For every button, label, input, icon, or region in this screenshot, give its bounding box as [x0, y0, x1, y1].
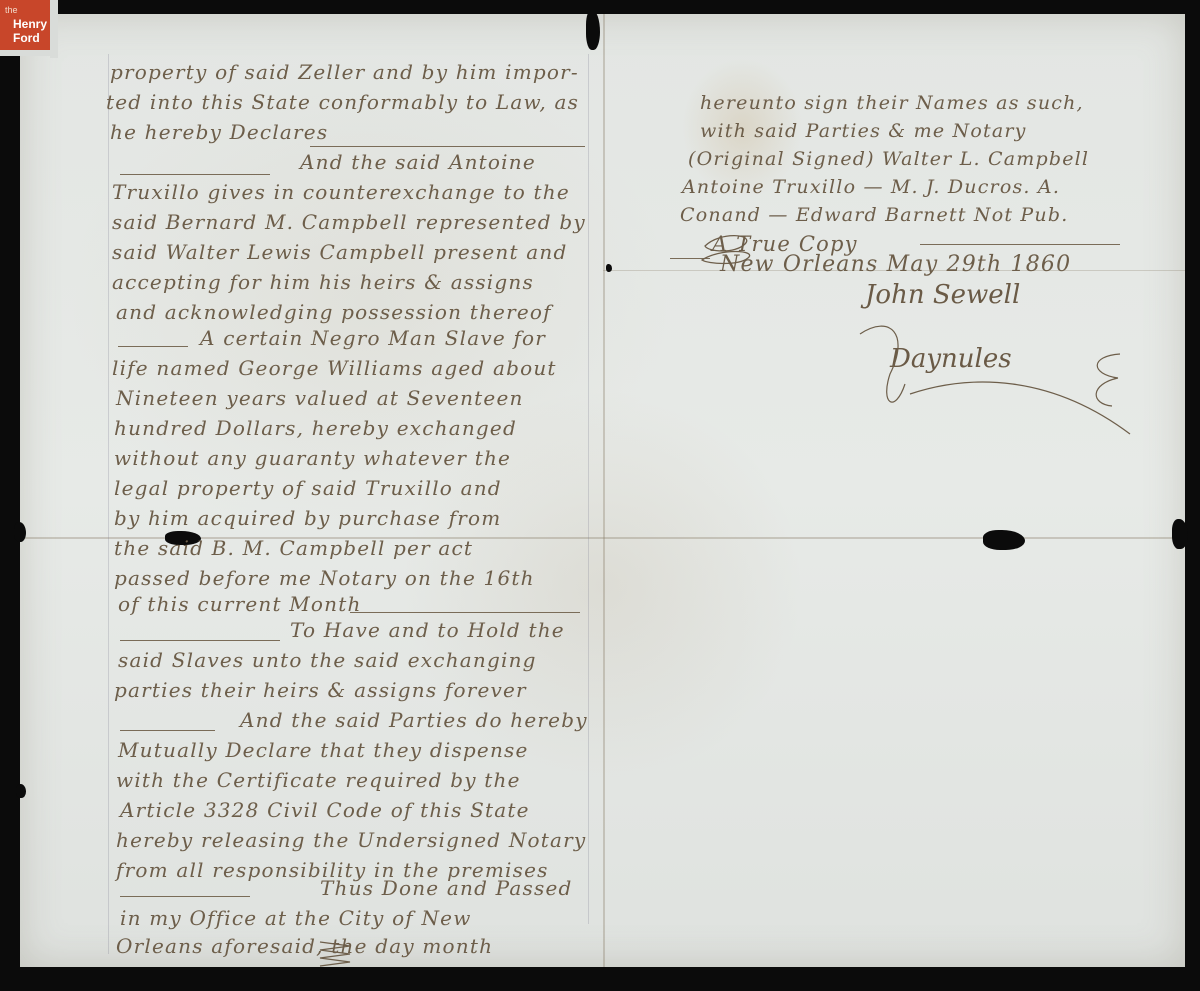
text-line: property of said Zeller and by him impor… — [110, 60, 579, 84]
line-filler — [120, 896, 250, 897]
line-filler — [120, 640, 280, 641]
text-line: Orleans aforesaid, the day month — [116, 934, 493, 958]
text-line: he hereby Declares — [110, 120, 328, 144]
text-line: To Have and to Hold the — [290, 618, 565, 642]
text-line: in my Office at the City of New — [120, 906, 472, 930]
text-line: hereby releasing the Undersigned Notary — [116, 828, 586, 852]
text-line: said Walter Lewis Campbell present and — [112, 240, 568, 264]
line-filler — [120, 730, 215, 731]
text-line: And the said Antoine — [300, 150, 536, 174]
text-line: And the said Parties do hereby — [240, 708, 588, 732]
line-filler — [920, 244, 1120, 245]
text-line: hundred Dollars, hereby exchanged — [114, 416, 517, 440]
text-line: by him acquired by purchase from — [114, 506, 501, 530]
signature-flourish — [850, 294, 1170, 444]
tear-right-middle — [983, 530, 1025, 550]
tear-left-lower — [16, 784, 26, 798]
end-flourish — [316, 938, 356, 972]
text-line: legal property of said Truxillo and — [114, 476, 502, 500]
text-line: passed before me Notary on the 16th — [114, 566, 535, 590]
text-line: life named George Williams aged about — [112, 356, 557, 380]
logo-the: the — [5, 6, 18, 15]
text-line: accepting for him his heirs & assigns — [112, 270, 534, 294]
copy-flourish — [700, 226, 760, 266]
tear-top-center — [586, 10, 600, 50]
text-line: Mutually Declare that they dispense — [118, 738, 529, 762]
document-paper: property of said Zeller and by him impor… — [20, 14, 1185, 967]
henry-ford-logo: the Henry Ford — [0, 0, 50, 50]
text-line: the said B. M. Campbell per act — [114, 536, 473, 560]
line-filler — [120, 174, 270, 175]
text-line: of this current Month — [118, 592, 362, 616]
text-line: without any guaranty whatever the — [114, 446, 511, 470]
text-line: and acknowledging possession thereof — [116, 300, 552, 324]
line-filler — [350, 612, 580, 613]
text-line: with the Certificate required by the — [116, 768, 521, 792]
tear-right-edge — [1172, 519, 1188, 549]
vertical-fold — [603, 14, 605, 967]
text-line: Antoine Truxillo — M. J. Ducros. A. — [682, 176, 1060, 198]
line-filler — [310, 146, 585, 147]
text-line: Conand — Edward Barnett Not Pub. — [680, 204, 1068, 226]
text-line: with said Parties & me Notary — [700, 120, 1027, 142]
line-filler — [118, 346, 188, 347]
text-line: Thus Done and Passed — [320, 876, 573, 900]
left-margin-line — [108, 54, 109, 954]
logo-ford: Ford — [13, 32, 40, 44]
logo-henry: Henry — [13, 18, 47, 30]
text-line: said Bernard M. Campbell represented by — [112, 210, 586, 234]
tear-center-fold — [606, 264, 612, 272]
text-line: ted into this State conformably to Law, … — [106, 90, 579, 114]
text-line: A certain Negro Man Slave for — [200, 326, 546, 350]
logo-accent-strip — [0, 50, 58, 56]
left-page-right-margin — [588, 54, 589, 924]
text-line: said Slaves unto the said exchanging — [118, 648, 537, 672]
text-line: parties their heirs & assigns forever — [114, 678, 527, 702]
text-line: New Orleans May 29th 1860 — [720, 252, 1071, 277]
text-line: hereunto sign their Names as such, — [700, 92, 1084, 114]
tear-left-edge — [14, 522, 26, 542]
text-line: Truxillo gives in counterexchange to the — [112, 180, 570, 204]
text-line: (Original Signed) Walter L. Campbell — [688, 148, 1089, 170]
text-line: Nineteen years valued at Seventeen — [116, 386, 524, 410]
text-line: Article 3328 Civil Code of this State — [120, 798, 530, 822]
